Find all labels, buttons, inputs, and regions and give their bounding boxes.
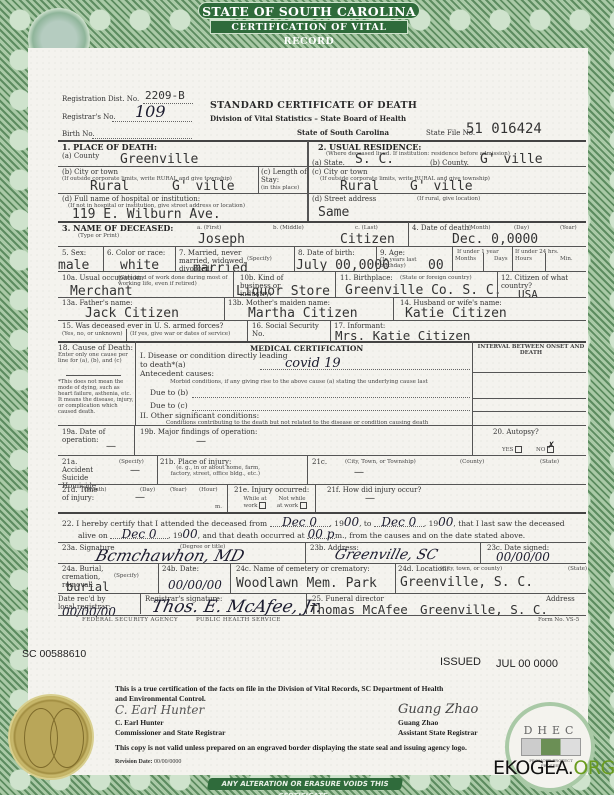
residence-state-value: S. C.: [355, 152, 394, 167]
death-city-label: (b) City or town: [62, 168, 118, 176]
hospital-value: 119 E. Wilburn Ave.: [72, 207, 221, 222]
certificate-state: State of South Carolina: [297, 128, 389, 137]
state-seal-icon: [8, 694, 94, 780]
injury-state-note: (State): [540, 459, 559, 465]
date-signed-value: 00/00/00: [496, 550, 550, 564]
burial-date-value: 00/00/00: [168, 578, 222, 592]
burial-type-value: burial: [66, 580, 109, 594]
autopsy-yes-checkbox[interactable]: [515, 446, 522, 453]
first-name-value: Joseph: [198, 232, 245, 247]
injury-place-note: (e. g., in or about home, farm, factory,…: [166, 465, 260, 477]
due-to-b-label: Due to (b): [150, 389, 188, 397]
occupation-note: (Give kind of work done during most of w…: [118, 275, 228, 287]
death-city-township: G' ville: [172, 179, 235, 194]
injury-time-value: —: [135, 492, 145, 503]
while-at-work-option: While at work: [240, 496, 270, 509]
time-hour-label: (Hour): [199, 487, 218, 493]
injury-county-note: (County): [460, 459, 484, 465]
commissioner-name: C. Earl Hunter: [115, 718, 164, 727]
public-health-service: PUBLIC HEALTH SERVICE: [196, 617, 281, 623]
cemetery-value: Woodlawn Mem. Park: [236, 576, 377, 591]
burial-location-value: Greenville, S. C.: [400, 575, 533, 590]
accident-value: —: [130, 465, 140, 476]
mother-value: Martha Citizen: [248, 306, 358, 321]
certification-banner: CERTIFICATION OF VITAL RECORD: [210, 20, 408, 34]
time-month-label: (Month): [84, 487, 107, 493]
watermark: EKOGEA.ORG: [493, 757, 614, 779]
cause-of-death-label: 18. Cause of Death:: [58, 344, 133, 352]
autopsy-no-checkbox[interactable]: ✗: [547, 446, 554, 453]
form-number: Form No. VS-5: [538, 617, 579, 623]
sex-label: 5. Sex:: [62, 249, 86, 257]
disease-line-label: I. Disease or condition directly leading…: [140, 351, 290, 369]
asterisk-note: *This does not mean the mode of dying, s…: [58, 379, 134, 415]
state-file-value: 51 016424: [466, 121, 542, 137]
autopsy-no-label: NO: [536, 447, 545, 453]
spouse-value: Katie Citizen: [405, 306, 507, 321]
burial-type-specify: (Specify): [114, 573, 139, 579]
injury-city-label: 21c.: [312, 458, 327, 466]
commissioner-title: Commissioner and State Registrar: [115, 728, 225, 737]
registrar-no-label: Registrar's No.: [62, 113, 116, 121]
citizen-label: 12. Citizen of what country?: [501, 274, 586, 290]
registration-dist-value: 2209-B: [145, 89, 185, 102]
residence-street-value: Same: [318, 205, 349, 220]
revision-date: Revision Date: 00/00/0000: [115, 759, 181, 765]
hospital-label: (d) Full name of hospital or institution…: [62, 195, 200, 203]
assistant-registrar-title: Assistant State Registrar: [398, 728, 478, 737]
not-while-at-work-checkbox[interactable]: [300, 502, 307, 509]
injury-occurred-label: 21e. Injury occurred:: [234, 486, 309, 494]
length-of-stay-note: (in this place): [261, 185, 299, 191]
certificate-division: Division of Vital Statistics – State Boa…: [210, 114, 406, 123]
registrar-no-value: 109: [135, 102, 166, 121]
state-banner: STATE OF SOUTH CAROLINA: [198, 2, 420, 19]
injury-city-value: —: [354, 467, 364, 478]
certificate-title: STANDARD CERTIFICATE OF DEATH: [210, 100, 417, 111]
armed-forces-note-2: (If yes, give war or dates of service): [130, 331, 230, 337]
burial-location-note: (City, town, or county): [440, 566, 502, 572]
residence-city-rural: Rural: [340, 179, 379, 194]
antecedent-label: Antecedent causes:: [140, 370, 214, 378]
burial-date-label: 24b. Date:: [162, 565, 199, 573]
while-at-work-checkbox[interactable]: [259, 502, 266, 509]
cemetery-label: 24c. Name of cemetery or crematory:: [236, 565, 370, 573]
death-time-value: 00 p: [307, 530, 335, 539]
alive-on-label: alive on: [78, 531, 108, 540]
other-conditions-label: II. Other significant conditions:: [140, 412, 259, 420]
registrar-signature: Thos. E. McAfee, Jr.: [150, 597, 324, 617]
months-label: Months: [455, 256, 476, 262]
minutes-label: Min.: [560, 256, 573, 262]
funeral-address-label: Address: [546, 595, 575, 603]
age-label: 9. Age:: [380, 249, 405, 257]
assistant-registrar-signature: Guang Zhao: [398, 702, 478, 717]
dod-year-label: (Year): [560, 225, 577, 231]
burial-location-state: (State): [568, 566, 587, 572]
attended-from-year: 00: [344, 515, 359, 529]
dod-day-label: (Day): [514, 225, 529, 231]
birthplace-value: Greenville Co. S. C.: [345, 283, 502, 298]
deceased-name-note: (Type or Print): [78, 233, 119, 239]
marital-specify: (Specify): [247, 256, 272, 262]
date-of-death-label: 4. Date of death:: [412, 224, 471, 232]
due-to-c-label: Due to (c): [150, 402, 188, 410]
birthplace-label: 11. Birthplace:: [340, 274, 393, 282]
death-county-label: (a) County: [62, 152, 99, 160]
injury-city-note: (City, Town, or Township): [345, 459, 416, 465]
dhec-logo-text: DHEC: [519, 724, 583, 737]
father-value: Jack Citizen: [85, 306, 179, 321]
how-injury-value: —: [365, 493, 375, 504]
not-while-at-work-option: Not while at work: [276, 496, 308, 509]
days-label: Days: [494, 256, 508, 262]
certify-text-a: 22. I hereby certify that I attended the…: [62, 519, 267, 528]
interval-label: INTERVAL BETWEEN ONSET AND DEATH: [476, 344, 586, 356]
under-one-year-label: If under 1 year: [457, 249, 499, 255]
deceased-name-label: 3. NAME OF DECEASED:: [62, 224, 173, 233]
autopsy-yes-label: YES: [502, 447, 513, 453]
length-of-stay-label: (c) Length of Stay:: [261, 168, 307, 184]
operation-findings-value: —: [196, 436, 206, 447]
time-year-label: (Year): [170, 487, 187, 493]
alive-on-value: Dec 0: [110, 530, 168, 539]
disease-line-value: covid 19: [285, 356, 341, 371]
certification-statement: This is a true certification of the fact…: [115, 684, 455, 704]
morbid-note: Morbid conditions, if any giving rise to…: [170, 379, 428, 385]
birth-no-label: Birth No.: [62, 130, 95, 138]
assistant-registrar-name: Guang Zhao: [398, 718, 438, 727]
residence-city-township: G' ville: [410, 179, 473, 194]
serial-number: SC 00588610: [22, 648, 86, 660]
issued-label: ISSUED: [440, 656, 481, 668]
residence-county-value: G' ville: [480, 152, 543, 167]
attended-to-year: 00: [438, 515, 453, 529]
alteration-warning: ANY ALTERATION OR ERASURE VOIDS THIS CER…: [207, 778, 403, 790]
residence-city-label: (c) City or town: [312, 168, 368, 176]
time-m-label: m.: [215, 504, 222, 510]
attended-from-value: Dec 0: [270, 518, 330, 527]
physician-address-value: Greenville, SC: [333, 547, 440, 563]
dob-label: 8. Date of birth:: [298, 249, 355, 257]
registration-dist-label: Registration Dist. No.: [62, 95, 139, 103]
armed-forces-label: 15. Was deceased ever in U. S. armed for…: [62, 322, 223, 330]
death-city-rural: Rural: [90, 179, 129, 194]
last-name-value: Citizen: [340, 232, 395, 247]
birthplace-note: (State or foreign country): [400, 275, 472, 281]
validity-note: This copy is not valid unless prepared o…: [115, 743, 467, 752]
social-security-label: 16. Social Security No.: [252, 322, 326, 338]
autopsy-label: 20. Autopsy?: [493, 428, 539, 436]
operation-findings-label: 19b. Major findings of operation:: [140, 428, 257, 436]
alive-on-year: 00: [182, 527, 197, 541]
dod-month-label: (Month): [468, 225, 491, 231]
last-name-label: c. (Last): [355, 225, 378, 231]
federal-security-agency: FEDERAL SECURITY AGENCY: [82, 617, 178, 623]
hours-label: Hours: [515, 256, 532, 262]
armed-forces-note-1: (Yes, no, or unknown): [62, 331, 123, 337]
residence-street-label: (d) Street address: [312, 195, 376, 203]
age-note: (In years last birthday): [380, 257, 420, 269]
race-label: 6. Color or race:: [107, 249, 165, 257]
cause-note: Enter only one cause per line for (a), (…: [58, 352, 134, 364]
operation-date-value: —: [106, 441, 116, 452]
under-24-hours-label: If under 24 hrs.: [515, 249, 559, 255]
autopsy-no-option: NO✗: [536, 446, 554, 453]
first-name-label: a. (First): [197, 225, 221, 231]
residence-street-note: (If rural, give location): [417, 196, 480, 202]
attended-to-value: Dec 0: [374, 518, 424, 527]
death-county-value: Greenville: [120, 152, 198, 167]
middle-name-label: b. (Middle): [273, 225, 304, 231]
citizen-value: USA: [518, 288, 538, 301]
date-of-death-value: Dec. 0,0000: [452, 232, 538, 247]
certify-statement-line2: alive on Dec 0, 1900, and that death occ…: [78, 530, 525, 540]
issued-date: JUL 00 0000: [496, 658, 558, 670]
commissioner-signature: C. Earl Hunter: [115, 703, 204, 717]
place-of-death-label: 1. PLACE OF DEATH:: [62, 143, 157, 152]
autopsy-yes-option: YES: [502, 446, 522, 453]
